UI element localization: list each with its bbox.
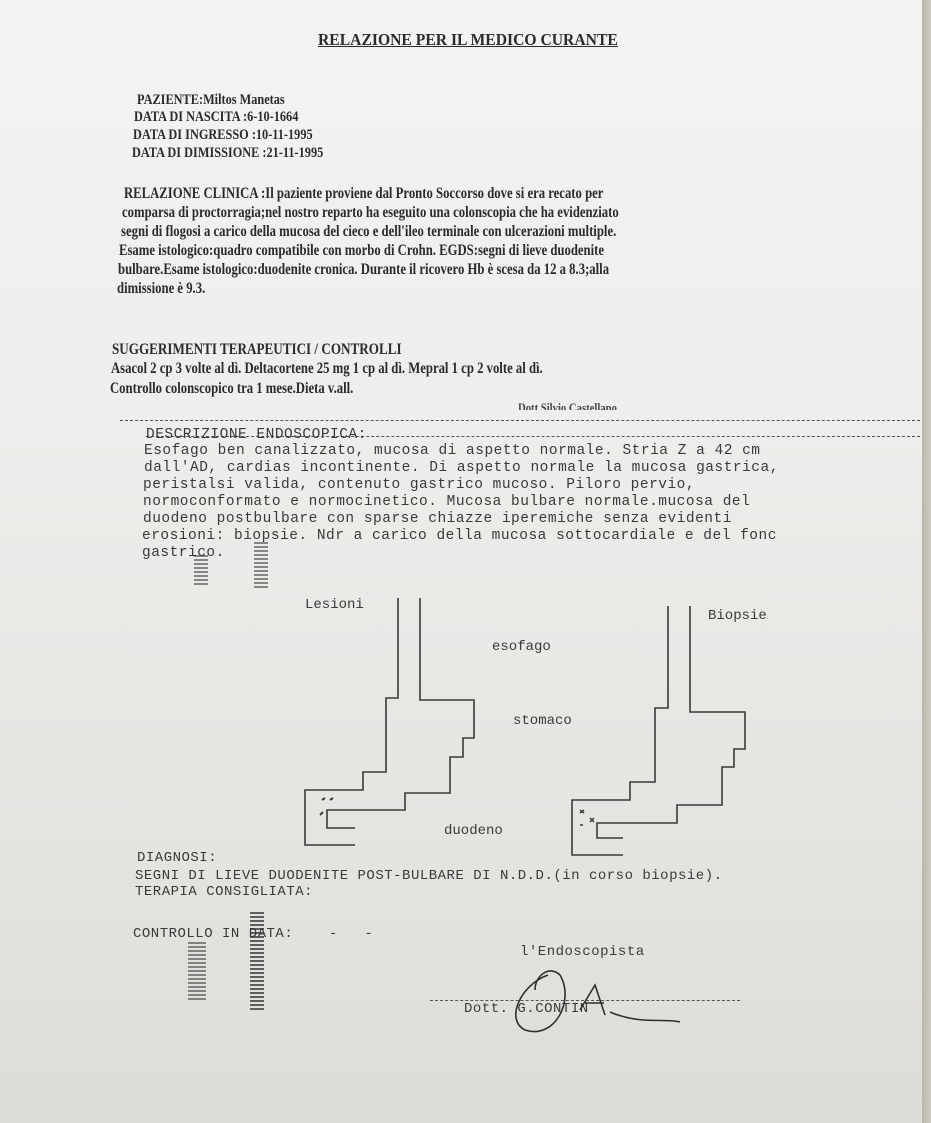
handwritten-signature-icon: [0, 0, 931, 1123]
